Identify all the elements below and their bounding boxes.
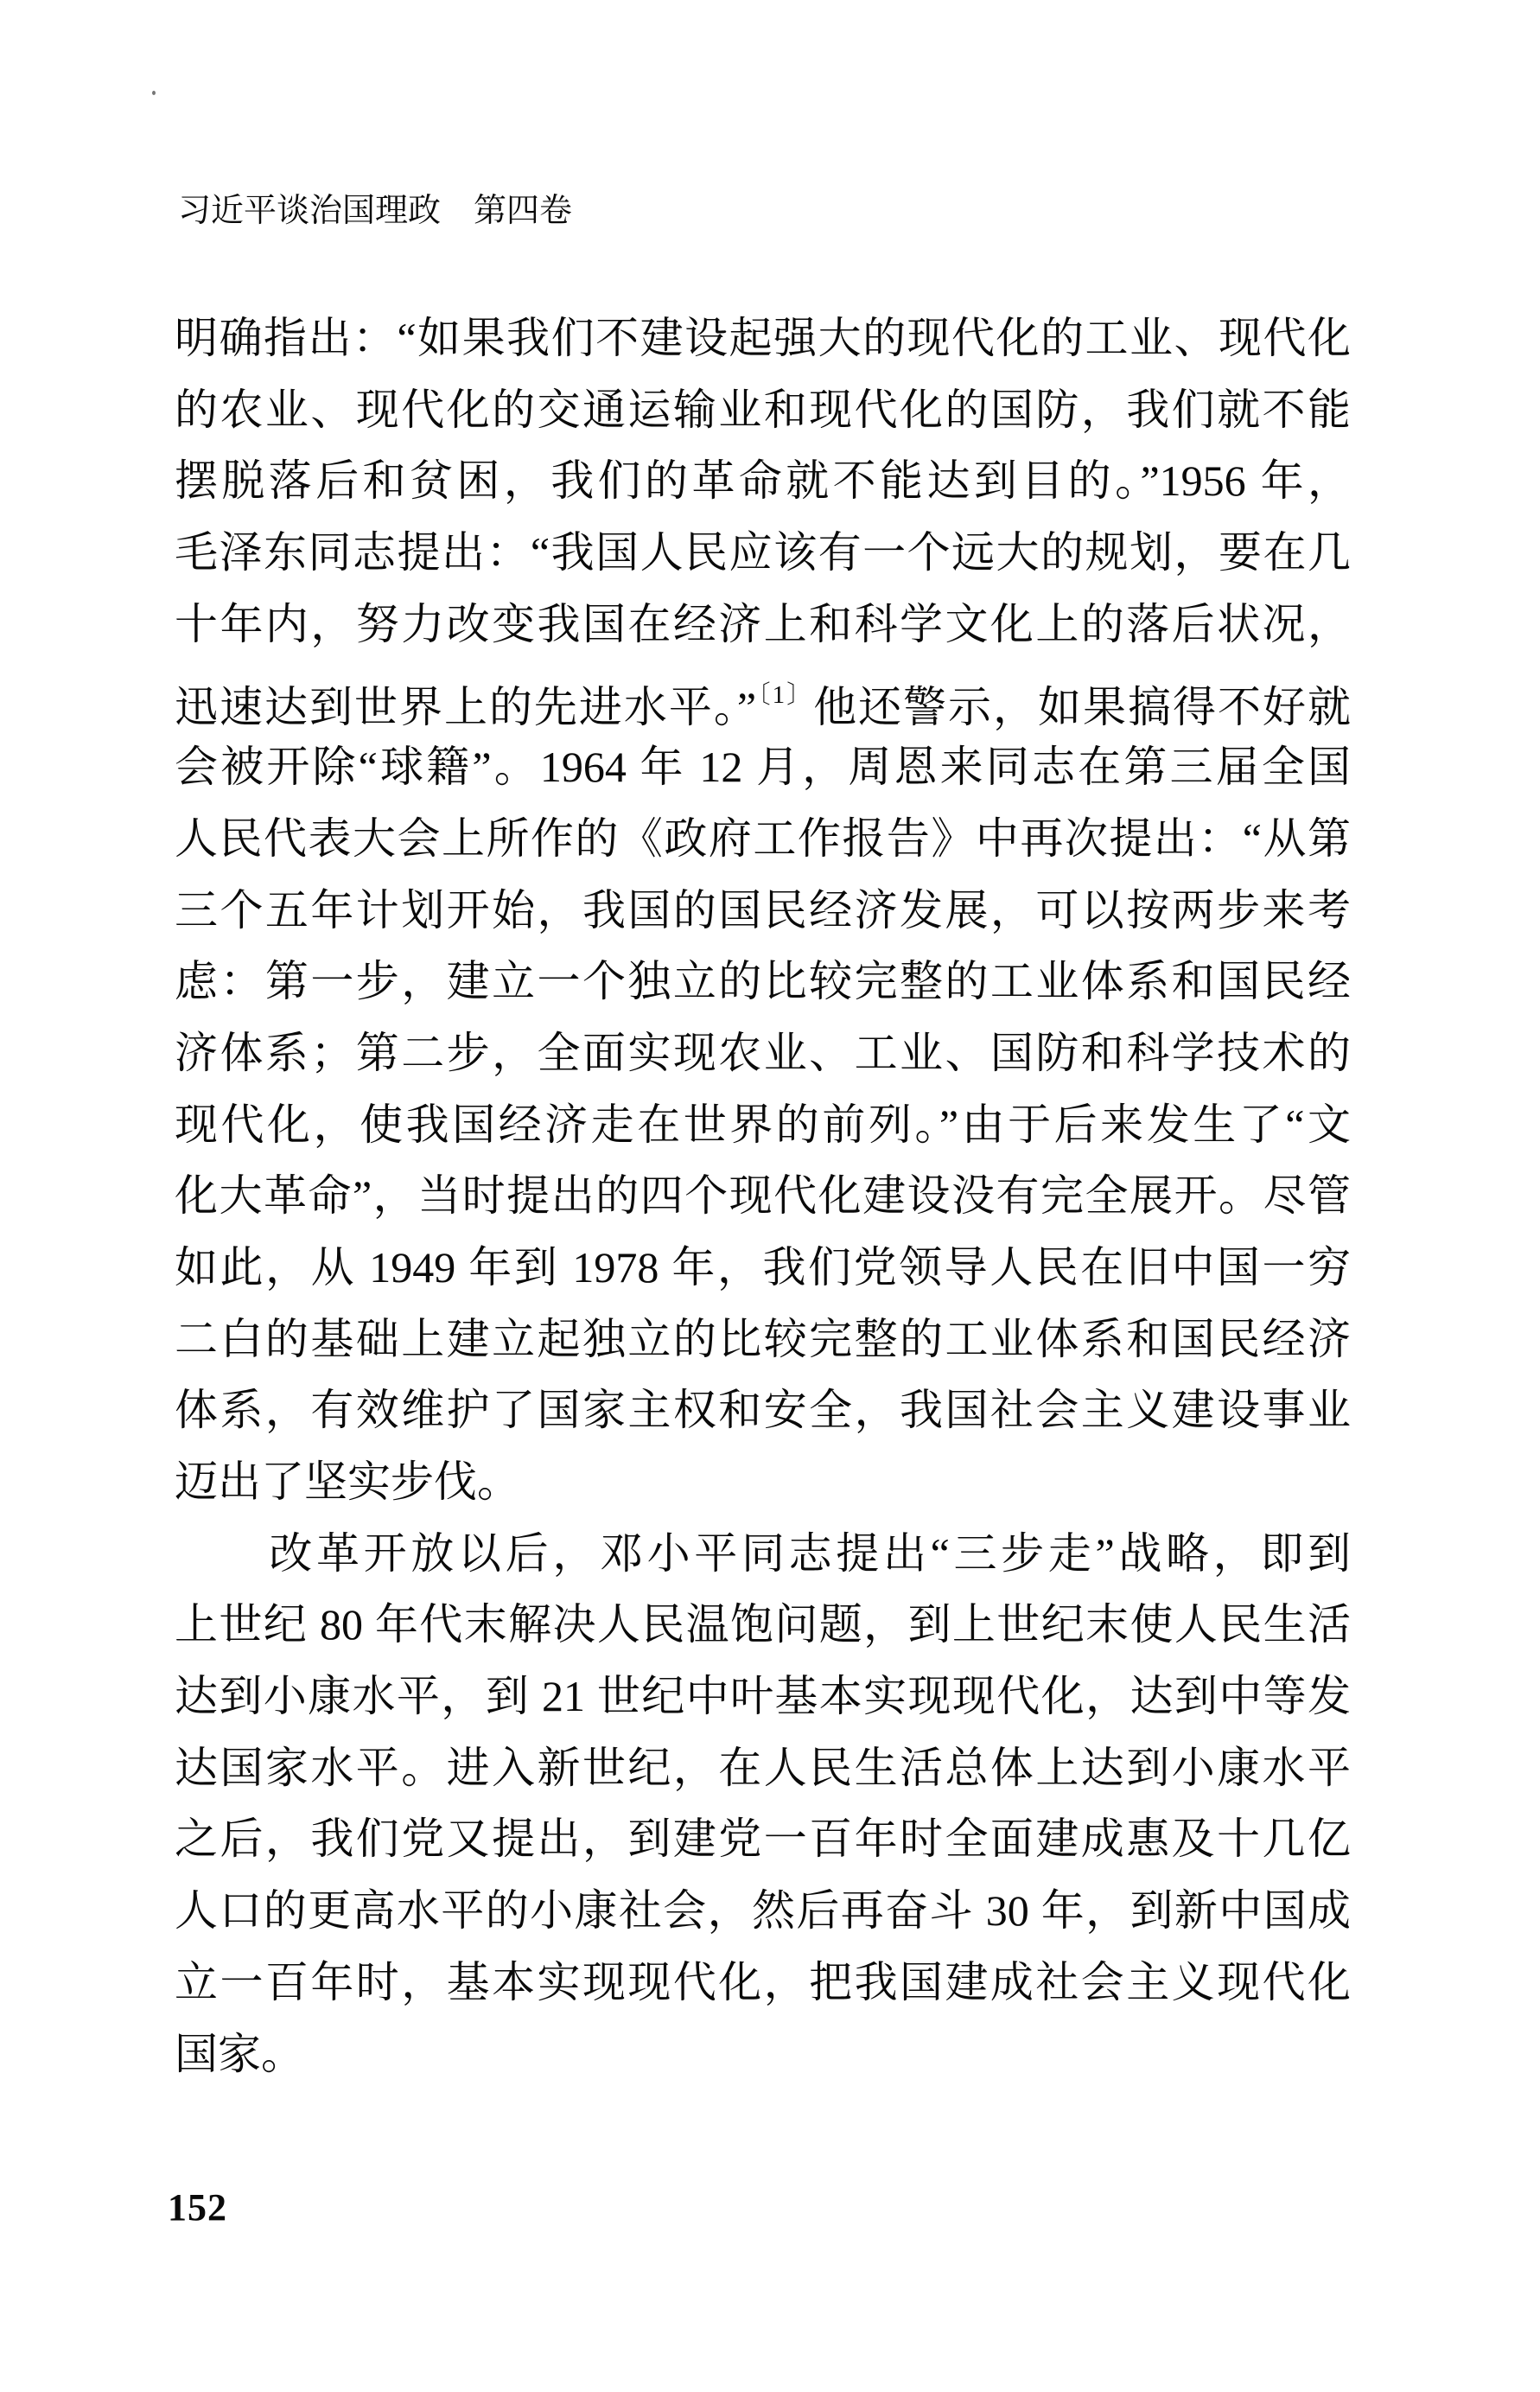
text-line: 如此，从 1949 年到 1978 年，我们党领导人民在旧中国一穷 — [175, 1232, 1351, 1304]
running-header: 习近平谈治国理政 第四卷 — [178, 192, 572, 230]
text-line: 二白的基础上建立起独立的比较完整的工业体系和国民经济 — [175, 1304, 1351, 1375]
text-line: 现代化，使我国经济走在世界的前列。”由于后来发生了“文 — [175, 1089, 1351, 1161]
text-line: 摆脱落后和贫困，我们的革命就不能达到目的。”1956 年， — [175, 445, 1351, 517]
text-line: 济体系；第二步，全面实现农业、工业、国防和科学技术的 — [175, 1017, 1351, 1089]
text-line: 达国家水平。进入新世纪，在人民生活总体上达到小康水平 — [175, 1732, 1351, 1804]
book-page: 习近平谈治国理政 第四卷 明确指出：“如果我们不建设起强大的现代化的工业、现代化… — [0, 0, 1540, 2392]
text-line: 上世纪 80 年代末解决人民温饱问题，到上世纪末使人民生活 — [175, 1589, 1351, 1661]
text-line: 虑：第一步，建立一个独立的比较完整的工业体系和国民经 — [175, 946, 1351, 1017]
text-line: 之后，我们党又提出，到建党一百年时全面建成惠及十几亿 — [175, 1803, 1351, 1875]
text-segment: 他还警示，如果搞得不好就 — [813, 683, 1351, 731]
text-line: 化大革命”，当时提出的四个现代化建设没有完全展开。尽管 — [175, 1160, 1351, 1232]
text-line: 十年内，努力改变我国在经济上和科学文化上的落后状况， — [175, 589, 1351, 660]
text-line: 人口的更高水平的小康社会，然后再奋斗 30 年，到新中国成 — [175, 1875, 1351, 1947]
body-text: 明确指出：“如果我们不建设起强大的现代化的工业、现代化 的农业、现代化的交通运输… — [175, 303, 1351, 2089]
text-line: 体系，有效维护了国家主权和安全，我国社会主义建设事业 — [175, 1375, 1351, 1446]
text-line: 改革开放以后，邓小平同志提出“三步走”战略，即到 — [175, 1518, 1351, 1590]
text-line: 毛泽东同志提出：“我国人民应该有一个远大的规划，要在几 — [175, 517, 1351, 589]
text-line: 立一百年时，基本实现现代化，把我国建成社会主义现代化 — [175, 1947, 1351, 2019]
text-line: 明确指出：“如果我们不建设起强大的现代化的工业、现代化 — [175, 303, 1351, 374]
text-line: 会被开除“球籍”。1964 年 12 月，周恩来同志在第三届全国 — [175, 731, 1351, 803]
text-line: 人民代表大会上所作的《政府工作报告》中再次提出：“从第 — [175, 803, 1351, 875]
footnote-marker: 〔1〕 — [756, 681, 813, 709]
scan-speck — [152, 91, 156, 95]
text-line: 国家。 — [175, 2019, 1351, 2090]
text-line: 的农业、现代化的交通运输业和现代化的国防，我们就不能 — [175, 374, 1351, 446]
text-segment: 迅速达到世界上的先进水平。” — [175, 683, 756, 731]
text-line: 迈出了坚实步伐。 — [175, 1446, 1351, 1518]
text-line: 达到小康水平，到 21 世纪中叶基本实现现代化，达到中等发 — [175, 1661, 1351, 1732]
text-line: 三个五年计划开始，我国的国民经济发展，可以按两步来考 — [175, 875, 1351, 947]
text-line-with-footnote: 迅速达到世界上的先进水平。”〔1〕他还警示，如果搞得不好就 — [175, 660, 1351, 731]
page-number: 152 — [168, 2185, 227, 2229]
